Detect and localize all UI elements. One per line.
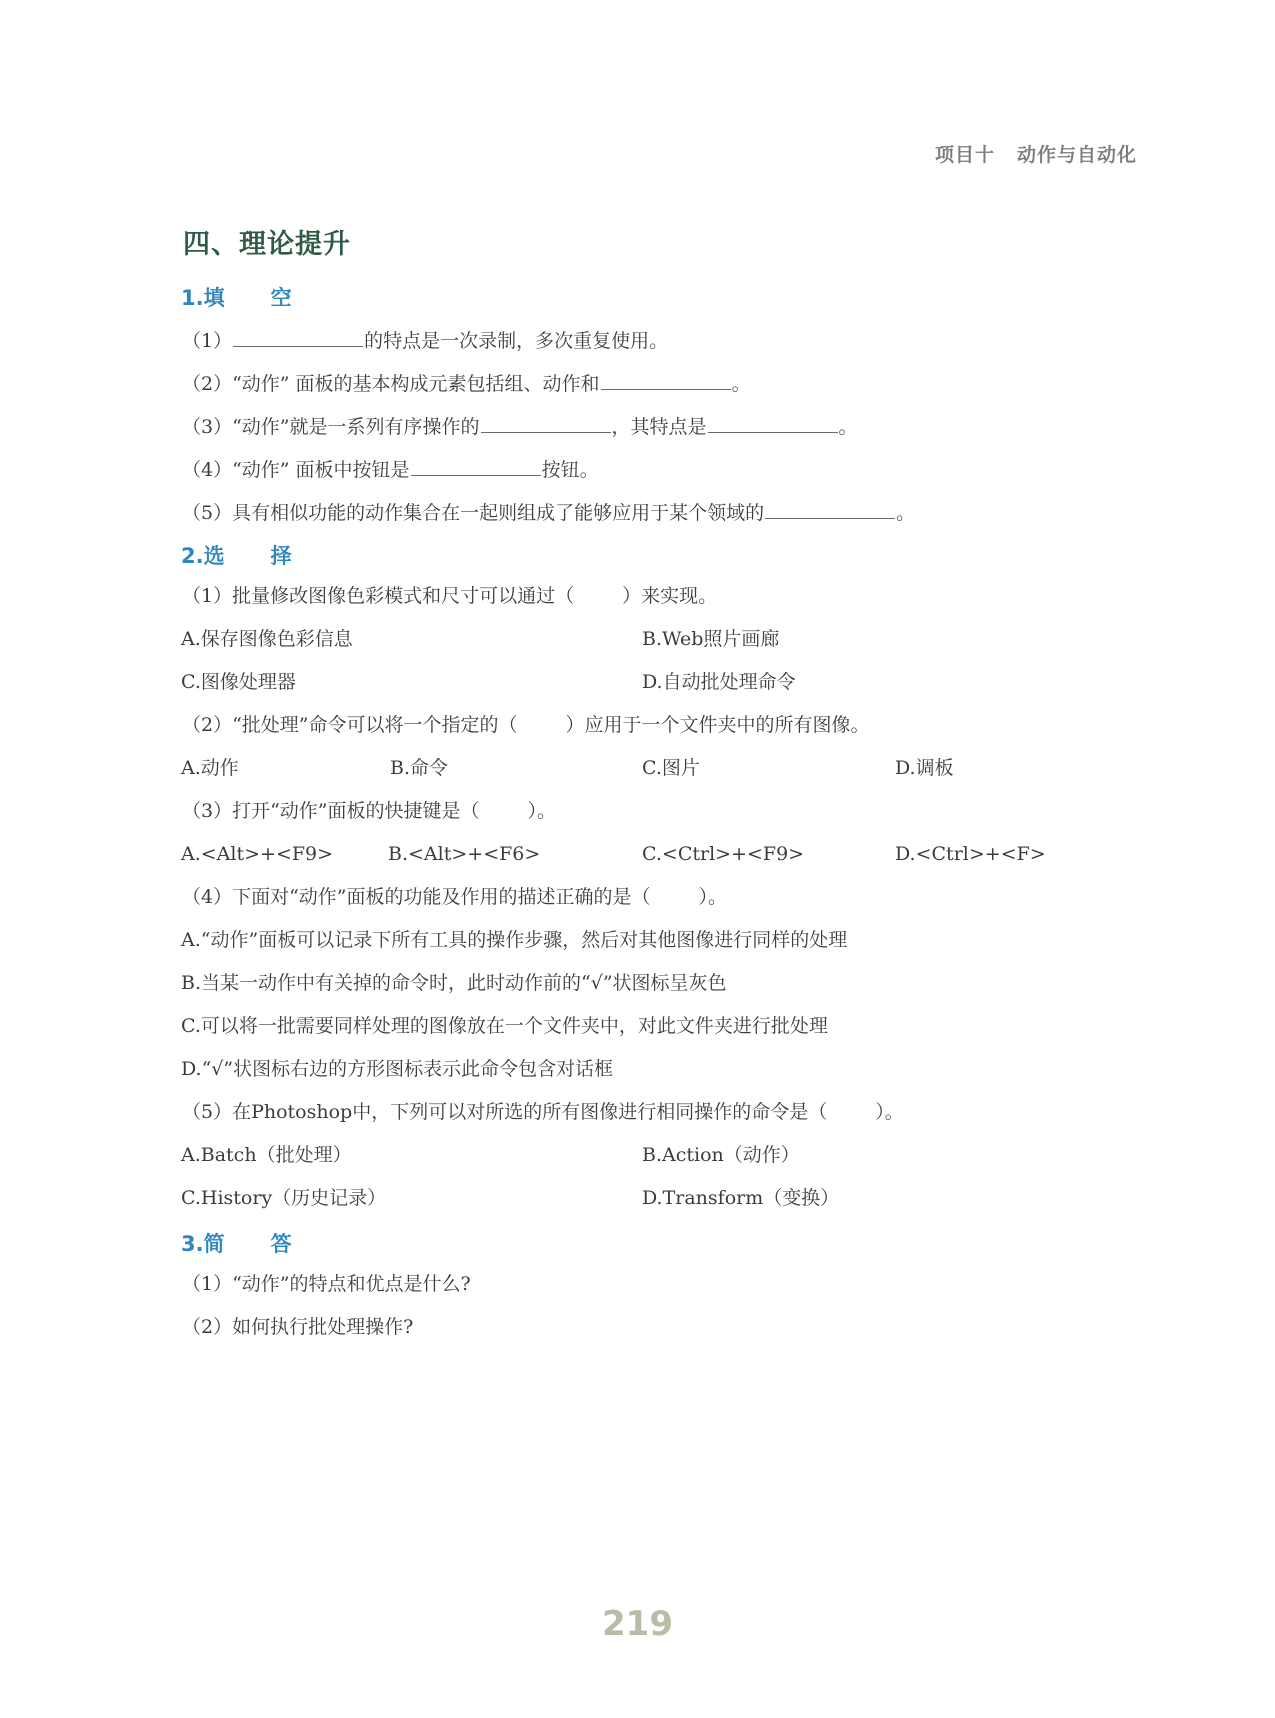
option-b[interactable]: B.Action（动作）: [642, 1143, 800, 1167]
option-a[interactable]: A.保存图像色彩信息: [181, 627, 353, 651]
multiple-choice-heading: 2.选择: [181, 540, 292, 570]
question-stem-end: ）。: [699, 886, 728, 908]
answer-blank[interactable]: [708, 412, 838, 433]
choice-question-1: （1）批量修改图像色彩模式和尺寸可以通过（）来实现。: [182, 584, 717, 608]
answer-blank[interactable]: [765, 498, 895, 519]
item-prefix: （4）“动作” 面板中按钮是: [182, 459, 410, 481]
option-a[interactable]: A.动作: [181, 756, 239, 780]
heading-char: 空: [271, 286, 292, 310]
choice-question-5: （5）在Photoshop中，下列可以对所选的所有图像进行相同操作的命令是（）。: [182, 1100, 904, 1124]
fill-blank-heading: 1.填空: [181, 282, 292, 312]
question-stem-end: ）应用于一个文件夹中的所有图像。: [566, 714, 870, 736]
item-text: ，其特点是: [612, 416, 707, 438]
item-text: 按钮。: [542, 459, 599, 481]
question-stem-end: ）来实现。: [622, 585, 717, 607]
heading-number: 3.简: [181, 1232, 225, 1256]
choice-question-2: （2）“批处理”命令可以将一个指定的（）应用于一个文件夹中的所有图像。: [182, 713, 870, 737]
question-stem: （4）下面对“动作”面板的功能及作用的描述正确的是（: [182, 886, 651, 908]
heading-number: 2.选: [181, 544, 225, 568]
item-text: 。: [839, 416, 858, 438]
question-stem: （3）打开“动作”面板的快捷键是（: [182, 800, 480, 822]
option-d[interactable]: D.自动批处理命令: [642, 670, 796, 694]
fill-blank-item-1: （1）的特点是一次录制，多次重复使用。: [182, 326, 668, 353]
fill-blank-item-4: （4）“动作” 面板中按钮是按钮。: [182, 455, 599, 482]
choice-question-3: （3）打开“动作”面板的快捷键是（）。: [182, 799, 556, 823]
option-a[interactable]: A.“动作”面板可以记录下所有工具的操作步骤，然后对其他图像进行同样的处理: [181, 928, 847, 952]
fill-blank-item-2: （2）“动作” 面板的基本构成元素包括组、动作和。: [182, 369, 751, 396]
option-c[interactable]: C.图片: [642, 756, 700, 780]
heading-number: 1.填: [181, 286, 225, 310]
item-prefix: （5）具有相似功能的动作集合在一起则组成了能够应用于某个领域的: [182, 502, 764, 524]
option-c[interactable]: C.<Ctrl>+<F9>: [642, 842, 804, 866]
option-b[interactable]: B.命令: [390, 756, 448, 780]
option-c[interactable]: C.History（历史记录）: [181, 1186, 386, 1210]
option-a[interactable]: A.<Alt>+<F9>: [181, 842, 333, 866]
question-stem-end: ）。: [528, 800, 557, 822]
item-prefix: （2）“动作” 面板的基本构成元素包括组、动作和: [182, 373, 600, 395]
answer-blank[interactable]: [481, 412, 611, 433]
question-stem: （2）“批处理”命令可以将一个指定的（: [182, 714, 518, 736]
short-answer-question-1: （1）“动作”的特点和优点是什么?: [182, 1272, 471, 1296]
answer-blank[interactable]: [601, 369, 731, 390]
chapter-label: 项目十: [935, 144, 995, 166]
option-a[interactable]: A.Batch（批处理）: [181, 1143, 352, 1167]
item-prefix: （3）“动作”就是一系列有序操作的: [182, 416, 480, 438]
short-answer-heading: 3.简答: [181, 1228, 292, 1258]
option-d[interactable]: D.“√”状图标右边的方形图标表示此命令包含对话框: [181, 1057, 613, 1081]
question-stem: （5）在Photoshop中，下列可以对所选的所有图像进行相同操作的命令是（: [182, 1101, 827, 1123]
page-number: 219: [0, 1604, 1275, 1644]
answer-blank[interactable]: [233, 326, 363, 347]
fill-blank-item-3: （3）“动作”就是一系列有序操作的，其特点是。: [182, 412, 858, 439]
short-answer-question-2: （2）如何执行批处理操作?: [182, 1315, 413, 1339]
fill-blank-item-5: （5）具有相似功能的动作集合在一起则组成了能够应用于某个领域的。: [182, 498, 915, 525]
answer-blank[interactable]: [411, 455, 541, 476]
option-b[interactable]: B.<Alt>+<F6>: [388, 842, 540, 866]
item-prefix: （1）: [182, 330, 232, 352]
option-d[interactable]: D.调板: [895, 756, 954, 780]
option-c[interactable]: C.可以将一批需要同样处理的图像放在一个文件夹中，对此文件夹进行批处理: [181, 1014, 828, 1038]
chapter-title: 动作与自动化: [1017, 144, 1137, 166]
option-b[interactable]: B.Web照片画廊: [642, 627, 779, 651]
option-b[interactable]: B.当某一动作中有关掉的命令时，此时动作前的“√”状图标呈灰色: [181, 971, 727, 995]
heading-char: 择: [271, 544, 292, 568]
option-c[interactable]: C.图像处理器: [181, 670, 296, 694]
section-title: 四、理论提升: [183, 222, 351, 261]
option-d[interactable]: D.Transform（变换）: [642, 1186, 839, 1210]
item-text: 。: [896, 502, 915, 524]
choice-question-4: （4）下面对“动作”面板的功能及作用的描述正确的是（）。: [182, 885, 727, 909]
item-text: 的特点是一次录制，多次重复使用。: [364, 330, 668, 352]
heading-char: 答: [271, 1232, 292, 1256]
item-text: 。: [732, 373, 751, 395]
running-head: 项目十动作与自动化: [935, 140, 1137, 167]
question-stem-end: ）。: [875, 1101, 904, 1123]
option-d[interactable]: D.<Ctrl>+<F>: [895, 842, 1046, 866]
question-stem: （1）批量修改图像色彩模式和尺寸可以通过（: [182, 585, 574, 607]
